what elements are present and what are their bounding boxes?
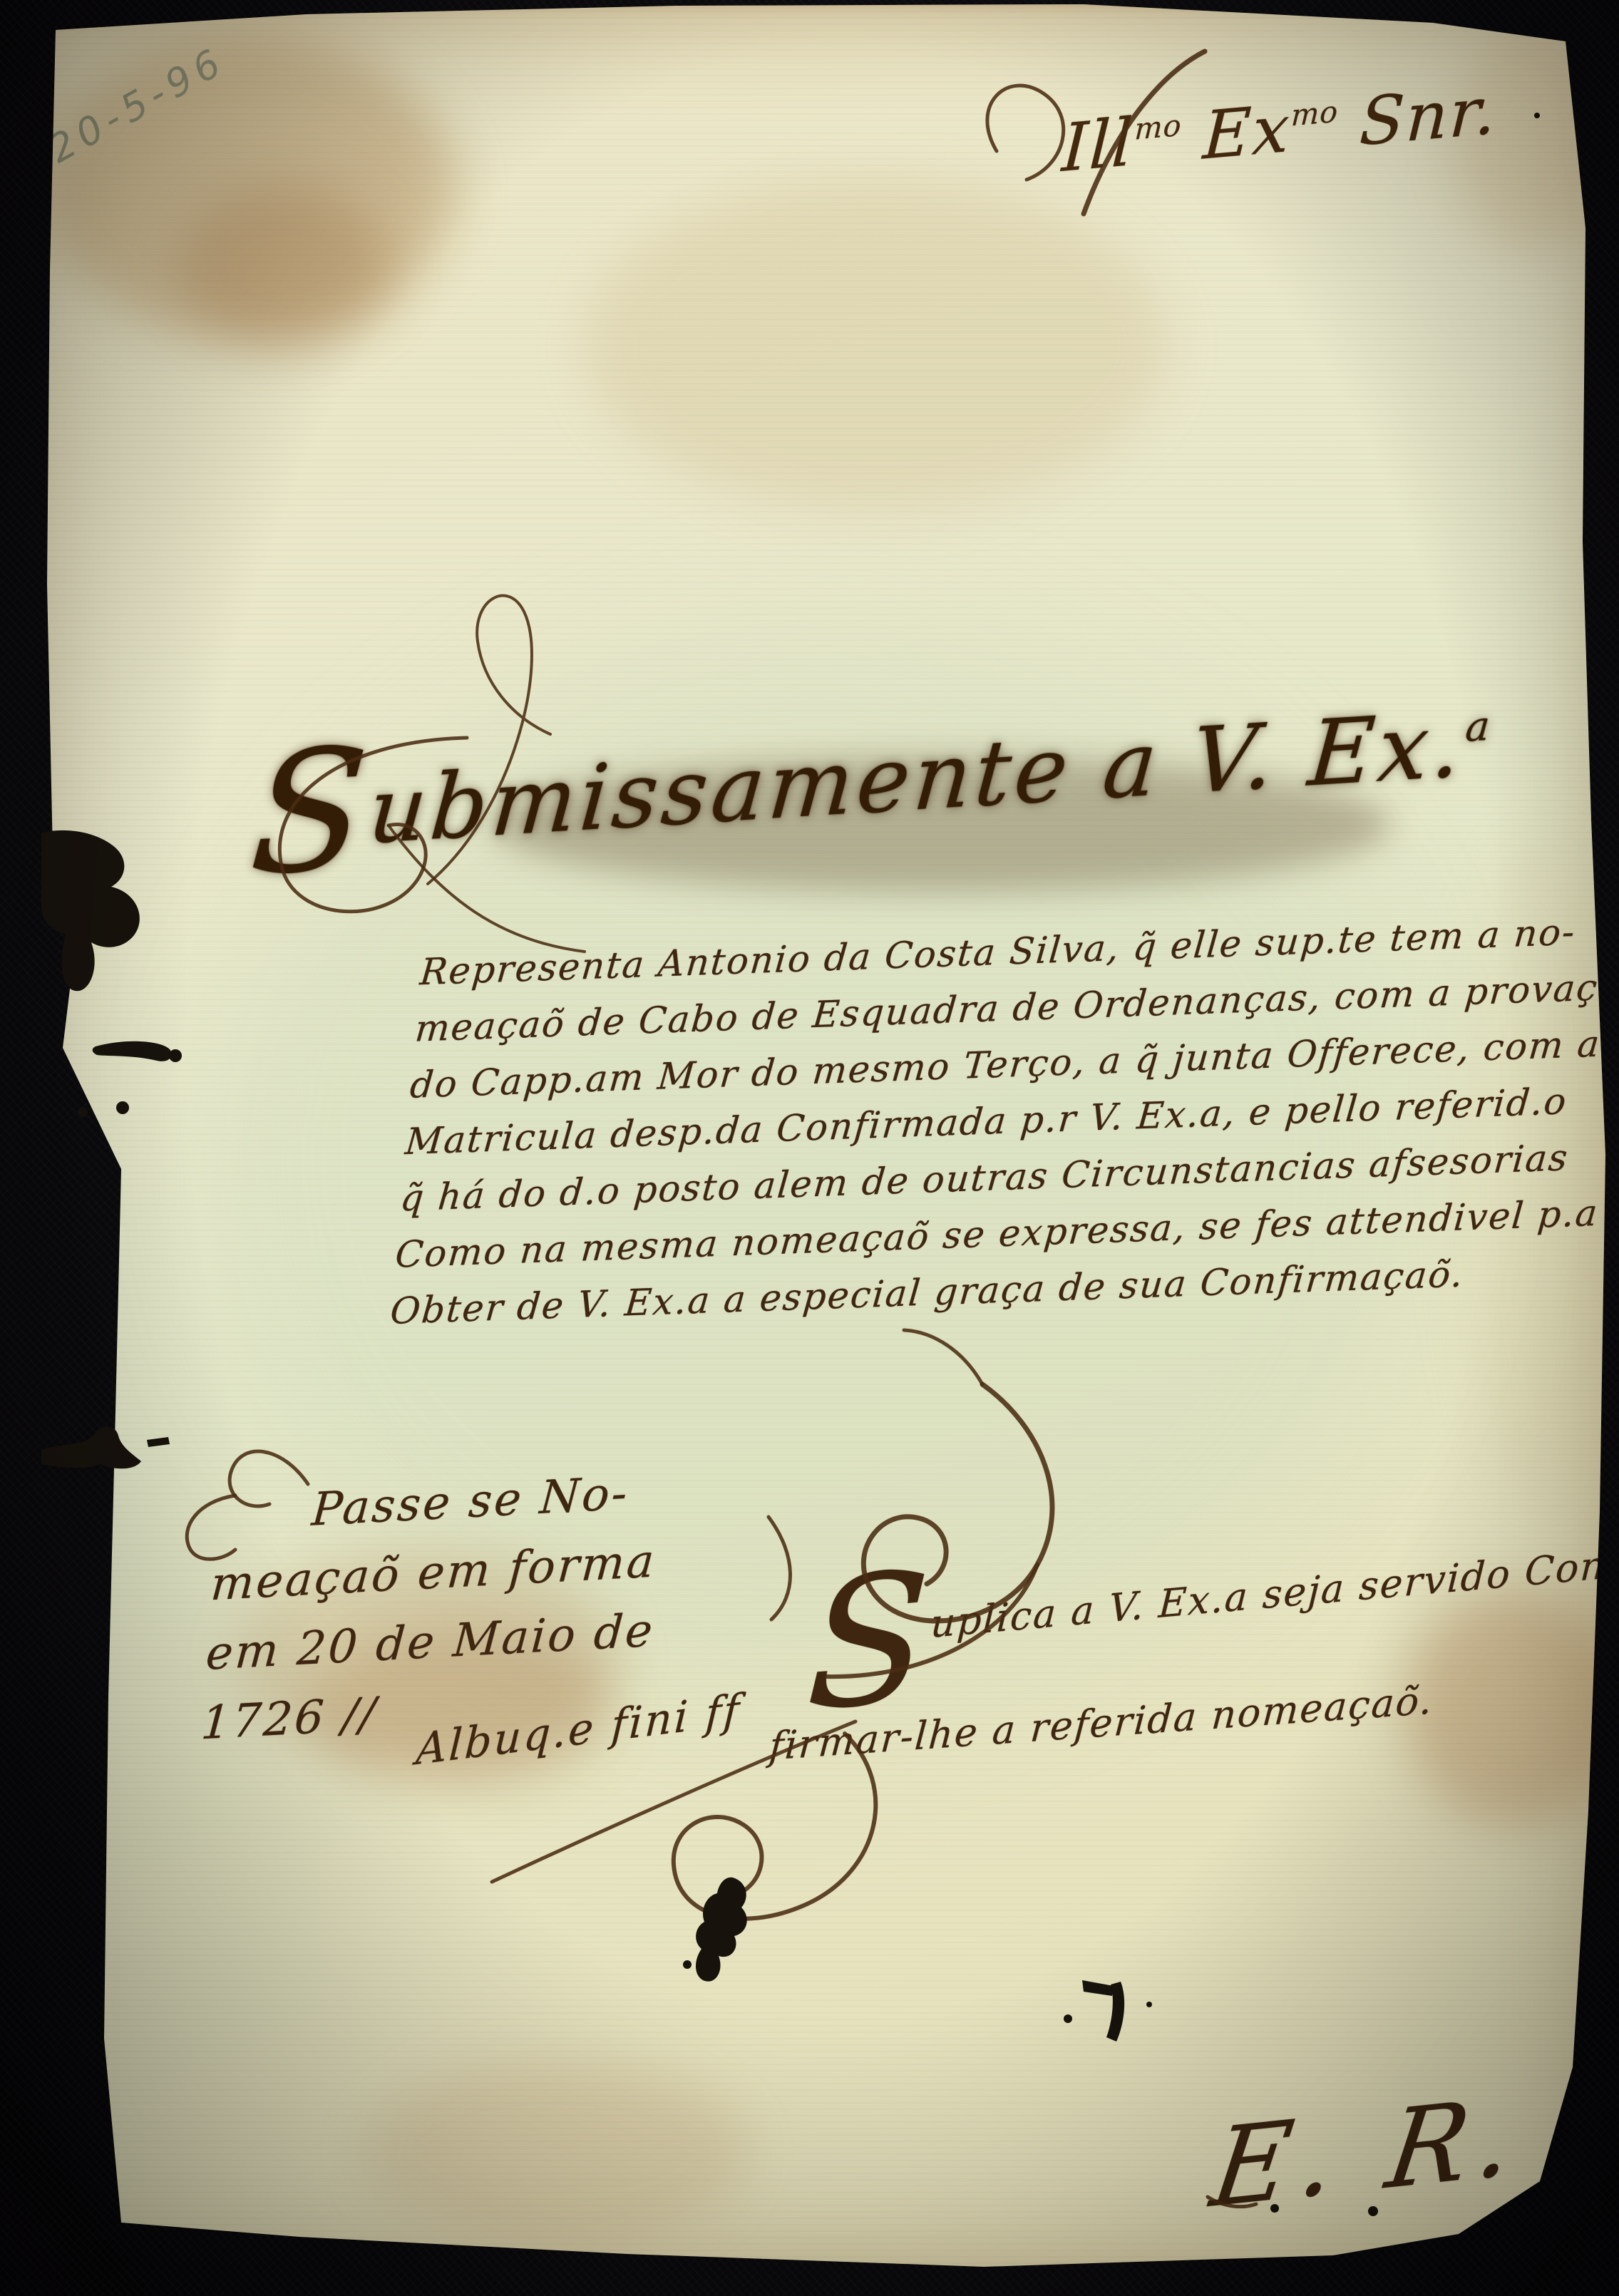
salutation-illmo: Ill bbox=[1060, 103, 1136, 187]
ink-dot bbox=[78, 1107, 88, 1117]
heading-initial: S bbox=[245, 711, 377, 913]
salutation-exmo: Ex bbox=[1179, 90, 1292, 176]
salutation-snr: Snr. bbox=[1335, 72, 1499, 163]
salutation-sup-mo-1: mo bbox=[1134, 108, 1182, 147]
manuscript-paper: 20-5-96 Illmo Exmo Snr. Submissamente a … bbox=[0, 0, 1619, 2296]
heading-sup: a bbox=[1464, 702, 1492, 751]
body-paragraph: Representa Antonio da Costa Silva, q̃ el… bbox=[388, 902, 1619, 1340]
photo-background: 20-5-96 Illmo Exmo Snr. Submissamente a … bbox=[0, 0, 1619, 2296]
salutation-sup-mo-2: mo bbox=[1290, 94, 1339, 133]
